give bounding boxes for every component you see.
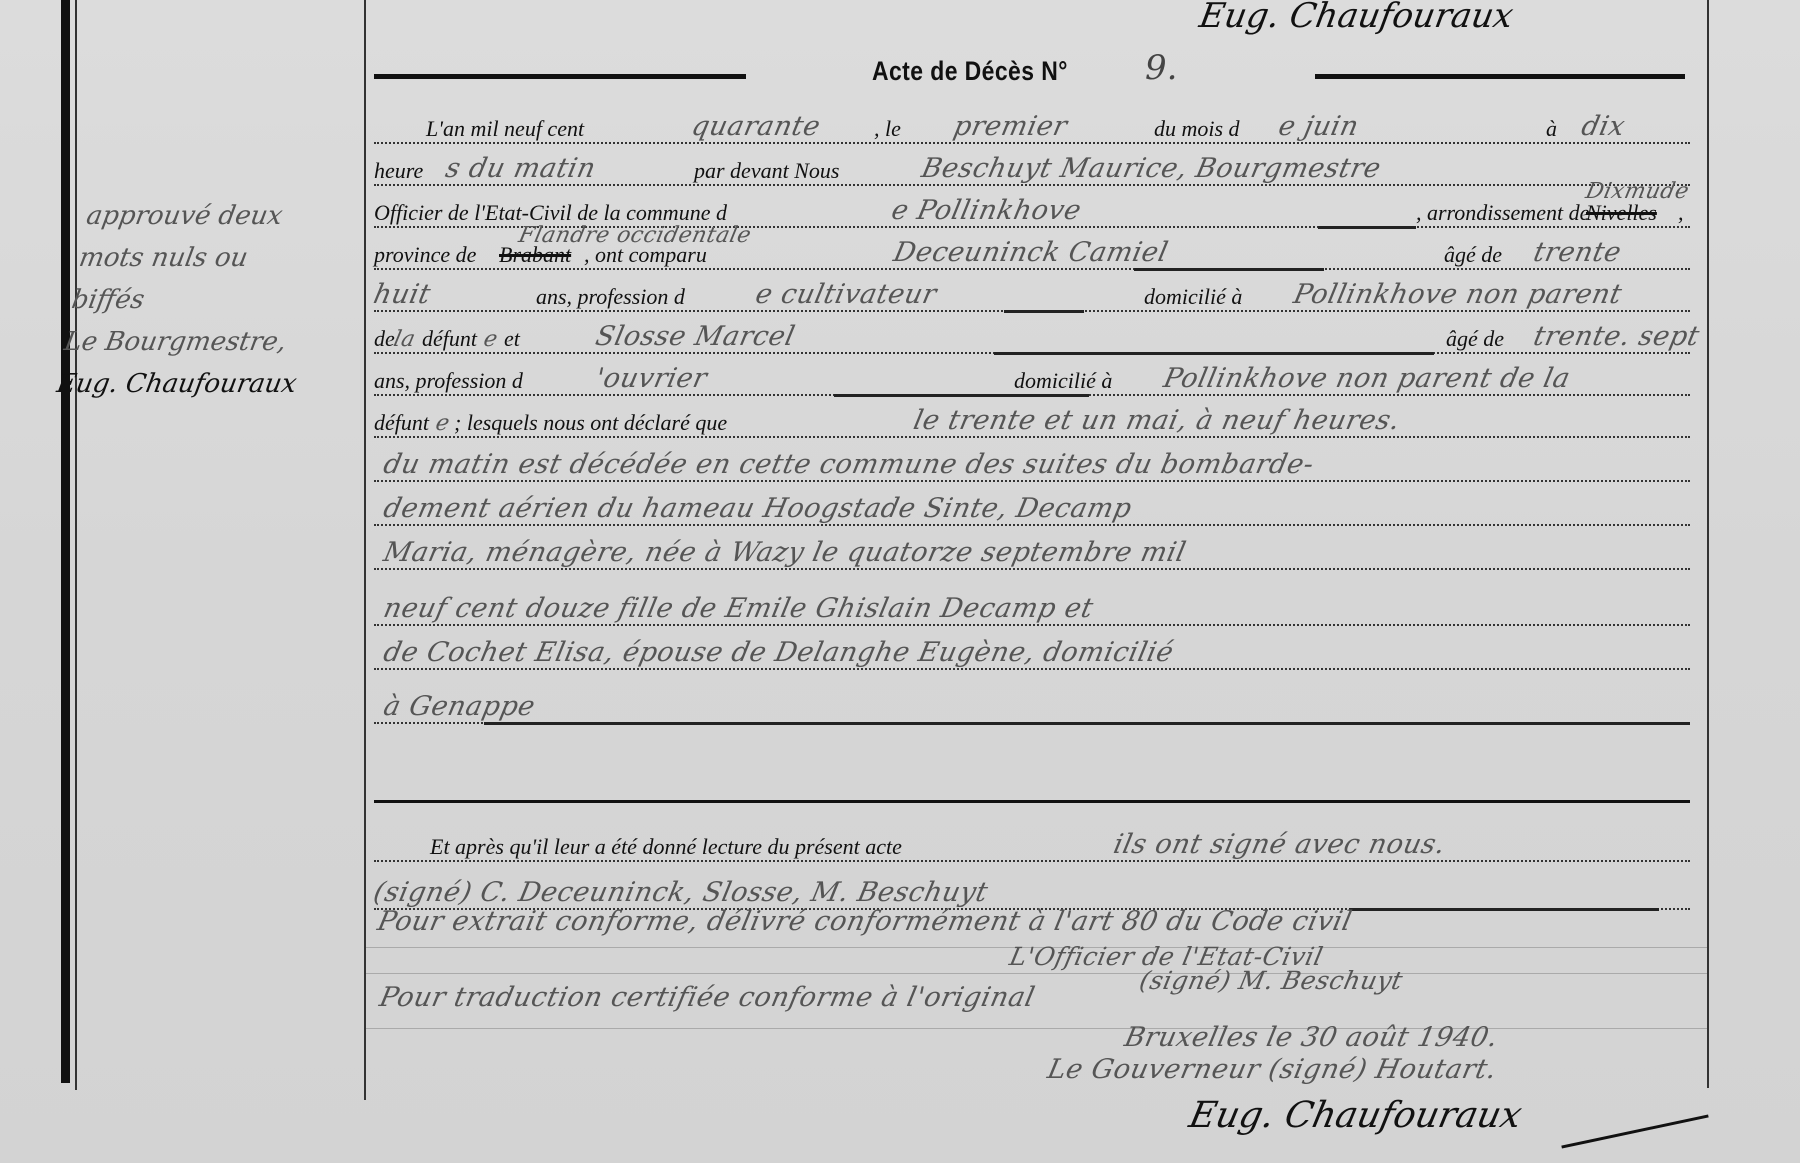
body-line: dement aérien du hameau Hoogstade Sinte,… xyxy=(381,493,1135,524)
margin-note-line: mots nuls ou xyxy=(76,237,373,279)
margin-rule-left xyxy=(75,0,77,1090)
label-profession-2: ans, profession d xyxy=(374,368,523,394)
label-a: à xyxy=(1546,116,1557,142)
value-witness-1-name: Deceuninck Camiel xyxy=(891,237,1171,268)
label-year: L'an mil neuf cent xyxy=(426,116,584,142)
label-comparu: , ont comparu xyxy=(584,242,707,268)
value-hour: dix xyxy=(1579,111,1628,142)
body-line: du matin est décédée en cette commune de… xyxy=(381,449,1317,480)
form-row-body: à Genappe xyxy=(374,690,1690,730)
label-province: province de xyxy=(374,242,476,268)
value-witness-1-age-cont: huit xyxy=(371,279,434,310)
label-age-2: âgé de xyxy=(1446,326,1504,352)
form-row-body: de Cochet Elisa, épouse de Delanghe Eugè… xyxy=(374,636,1690,676)
form-row-date: L'an mil neuf cent quarante , le premier… xyxy=(374,110,1690,150)
value-la: la xyxy=(391,327,417,352)
label-declared: ; lesquels nous ont déclaré que xyxy=(454,410,727,436)
title-rule-left xyxy=(374,74,746,79)
label-month: du mois d xyxy=(1154,116,1240,142)
signature-flourish xyxy=(1561,1114,1708,1148)
value-defunte-gender: e xyxy=(433,411,452,436)
margin-note-signature: Eug. Chaufouraux xyxy=(53,363,350,405)
translation-note: Pour traduction certifiée conforme à l'o… xyxy=(377,982,1038,1013)
value-signed-with-us: ils ont signé avec nous. xyxy=(1111,829,1449,860)
value-witness-1-age: trente xyxy=(1531,237,1625,268)
label-par-devant: par devant Nous xyxy=(694,158,839,184)
margin-approval-note: approuvé deux mots nuls ou biffés Le Bou… xyxy=(53,195,380,405)
label-defunte: défunt xyxy=(374,410,429,436)
final-signature: Eug. Chaufouraux xyxy=(1186,1095,1526,1136)
officer-signed: (signé) M. Beschuyt xyxy=(1137,966,1406,995)
form-row-profession-2: ans, profession d 'ouvrier domicilié à P… xyxy=(374,362,1690,402)
value-witness-2-profession: 'ouvrier xyxy=(593,363,710,394)
form-row-body: du matin est décédée en cette commune de… xyxy=(374,448,1690,488)
form-row-reading: Et après qu'il leur a été donné lecture … xyxy=(374,828,1690,868)
form-row-body: dement aérien du hameau Hoogstade Sinte,… xyxy=(374,492,1690,532)
form-row-body: Maria, ménagère, née à Wazy le quatorze … xyxy=(374,536,1690,576)
value-witness-1-profession: e cultivateur xyxy=(753,279,940,310)
struck-province: Brabant xyxy=(499,242,571,268)
label-domicile-2: domicilié à xyxy=(1014,368,1112,394)
value-commune: e Pollinkhove xyxy=(889,195,1085,226)
value-death-date: le trente et un mai, à neuf heures. xyxy=(911,405,1403,436)
label-et: et xyxy=(504,326,520,352)
label-heure: heure xyxy=(374,158,423,184)
margin-rule-right xyxy=(1707,0,1709,1088)
place-date: Bruxelles le 30 août 1940. xyxy=(1122,1022,1501,1053)
form-row-body: neuf cent douze fille de Emile Ghislain … xyxy=(374,592,1690,632)
document-title: Acte de Décès N° xyxy=(872,56,1068,87)
value-time-of-day: s du matin xyxy=(443,153,599,184)
value-witness-1-domicile: Pollinkhove non parent xyxy=(1291,279,1625,310)
form-row-profession-1: huit ans, profession d e cultivateur dom… xyxy=(374,278,1690,318)
governor-signature-line: Le Gouverneur (signé) Houtart. xyxy=(1045,1054,1500,1085)
body-line: neuf cent douze fille de Emile Ghislain … xyxy=(381,593,1096,624)
margin-note-line: approuvé deux xyxy=(83,195,380,237)
value-year: quarante xyxy=(689,111,824,142)
value-witness-2-name: Slosse Marcel xyxy=(593,321,798,352)
body-line: Maria, ménagère, née à Wazy le quatorze … xyxy=(381,537,1189,568)
margin-note-line: biffés xyxy=(68,279,365,321)
form-row-officer: heure s du matin par devant Nous Beschuy… xyxy=(374,152,1690,192)
value-arrondissement: Dixmude xyxy=(1583,179,1691,204)
label-le: , le xyxy=(874,116,901,142)
binding-bar xyxy=(61,0,70,1083)
value-witness-2-age: trente. sept xyxy=(1531,321,1703,352)
label-profession-1: ans, profession d xyxy=(536,284,685,310)
section-rule xyxy=(374,800,1690,803)
value-officer-name: Beschuyt Maurice, Bourgmestre xyxy=(919,153,1384,184)
margin-rule-content xyxy=(364,0,366,1100)
form-row-comparant-1: Flandre occidentale province de Brabant … xyxy=(374,236,1690,276)
document-page: Eug. Chaufouraux Acte de Décès N° 9. app… xyxy=(0,0,1800,1163)
margin-note-line: Le Bourgmestre, xyxy=(61,321,358,363)
value-month: e juin xyxy=(1276,111,1362,142)
body-line: à Genappe xyxy=(381,691,538,722)
title-rule-right xyxy=(1315,74,1685,79)
top-signature: Eug. Chaufouraux xyxy=(1196,0,1516,36)
body-line: de Cochet Elisa, épouse de Delanghe Eugè… xyxy=(381,637,1177,668)
value-witness-2-domicile: Pollinkhove non parent de la xyxy=(1161,363,1573,394)
value-defunt-gender: e xyxy=(481,327,500,352)
form-row-comparant-2: de la défunt e et Slosse Marcel âgé de t… xyxy=(374,320,1690,360)
label-defunt: défunt xyxy=(422,326,477,352)
label-arrondissement: , arrondissement de xyxy=(1416,200,1589,226)
label-reading: Et après qu'il leur a été donné lecture … xyxy=(430,834,902,860)
label-age-1: âgé de xyxy=(1444,242,1502,268)
act-number: 9. xyxy=(1145,48,1177,88)
value-signatures: (signé) C. Deceuninck, Slosse, M. Beschu… xyxy=(371,877,991,908)
extract-note: Pour extrait conforme, délivré conformém… xyxy=(375,906,1355,937)
value-day: premier xyxy=(951,111,1070,142)
form-row-declaration: défunt e ; lesquels nous ont déclaré que… xyxy=(374,404,1690,444)
label-domicile-1: domicilié à xyxy=(1144,284,1242,310)
